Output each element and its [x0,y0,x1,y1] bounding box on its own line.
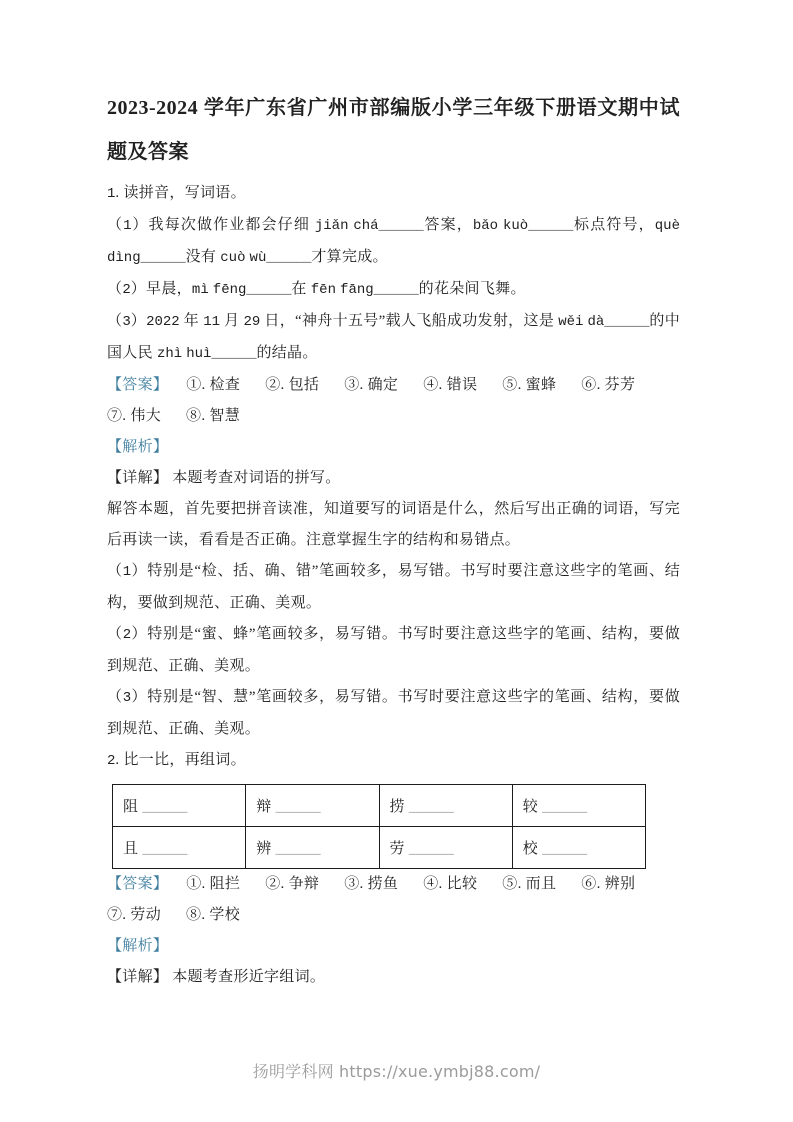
question-2-answer-line: 【答案】①. 阻拦②. 争辩③. 捞鱼④. 比较⑤. 而且⑥. 辨别⑦. 劳动⑧… [107,869,680,931]
answer-item: ①. 检查 [186,370,240,401]
answer-item: ①. 阻拦 [186,869,240,900]
question-1-part-2: （2）早晨，mì fēng______在 fēn fāng______的花朵间飞… [107,274,680,306]
document-page: 2023-2024 学年广东省广州市部编版小学三年级下册语文期中试题及答案 1.… [0,0,793,1122]
detail-text: 本题考查对词语的拼写。 [172,470,340,486]
analysis-label: 【解析】 [107,938,168,954]
question-2-detail-line: 【详解】本题考查形近字组词。 [107,962,680,993]
question-1-explanation-2: （1）特别是“检、括、确、错”笔画较多，易写错。书写时要注意这些字的笔画、结构，… [107,556,680,619]
detail-label: 【详解】 [107,969,168,985]
answer-label: 【答案】 [107,370,168,401]
table-row: 且 ______ 辨 ______ 劳 ______ 校 ______ [113,827,646,869]
answer-item: ⑥. 芬芳 [581,370,635,401]
answer-item: ④. 比较 [423,869,477,900]
question-2-stem: 2. 比一比，再组词。 [107,745,680,777]
answer-item: ⑤. 而且 [502,869,556,900]
detail-label: 【详解】 [107,470,168,486]
table-cell: 辩 ______ [246,785,379,827]
question-1-stem: 1. 读拼音，写词语。 [107,178,680,210]
table-cell: 较 ______ [512,785,645,827]
question-1: 1. 读拼音，写词语。 （1）我每次做作业都会仔细 jiǎn chá______… [107,178,680,745]
analysis-label: 【解析】 [107,439,168,455]
page-title: 2023-2024 学年广东省广州市部编版小学三年级下册语文期中试题及答案 [107,86,680,174]
answer-item: ⑥. 辨别 [581,869,635,900]
answer-item: ⑤. 蜜蜂 [502,370,556,401]
table-cell: 且 ______ [113,827,246,869]
answer-item: ⑦. 伟大 [107,401,161,432]
answer-item: ②. 争辩 [265,869,319,900]
question-1-analysis-line: 【解析】 [107,432,680,463]
table-cell: 校 ______ [512,827,645,869]
table-cell: 捞 ______ [379,785,512,827]
question-1-part-3: （3）2022 年 11 月 29 日，“神舟十五号”载人飞船成功发射，这是 w… [107,306,680,370]
detail-text: 本题考查形近字组词。 [172,969,325,985]
question-1-detail-line: 【详解】本题考查对词语的拼写。 [107,463,680,494]
table-cell: 阻 ______ [113,785,246,827]
answer-item: ②. 包括 [265,370,319,401]
word-formation-table: 阻 ______ 辩 ______ 捞 ______ 较 ______ 且 __… [112,784,646,869]
answer-item: ④. 错误 [423,370,477,401]
question-1-explanation-3: （2）特别是“蜜、蜂”笔画较多，易写错。书写时要注意这些字的笔画、结构，要做到规… [107,619,680,682]
question-1-explanation-1: 解答本题，首先要把拼音读准，知道要写的词语是什么，然后写出正确的词语，写完后再读… [107,494,680,556]
answer-label: 【答案】 [107,869,168,900]
answer-item: ⑦. 劳动 [107,900,161,931]
table-row: 阻 ______ 辩 ______ 捞 ______ 较 ______ [113,785,646,827]
answer-item: ⑧. 智慧 [186,401,240,432]
table-cell: 辨 ______ [246,827,379,869]
answer-item: ③. 捞鱼 [344,869,398,900]
question-1-part-1: （1）我每次做作业都会仔细 jiǎn chá______答案，bǎo kuò__… [107,210,680,274]
question-1-explanation-4: （3）特别是“智、慧”笔画较多，易写错。书写时要注意这些字的笔画、结构，要做到规… [107,682,680,745]
table-cell: 劳 ______ [379,827,512,869]
answer-item: ③. 确定 [344,370,398,401]
watermark-footer: 扬明学科网 https://xue.ymbj88.com/ [0,1059,793,1082]
question-2-analysis-line: 【解析】 [107,931,680,962]
question-1-answer-line: 【答案】①. 检查②. 包括③. 确定④. 错误⑤. 蜜蜂⑥. 芬芳⑦. 伟大⑧… [107,370,680,432]
question-2: 2. 比一比，再组词。 阻 ______ 辩 ______ 捞 ______ 较… [107,745,680,993]
answer-item: ⑧. 学校 [186,900,240,931]
